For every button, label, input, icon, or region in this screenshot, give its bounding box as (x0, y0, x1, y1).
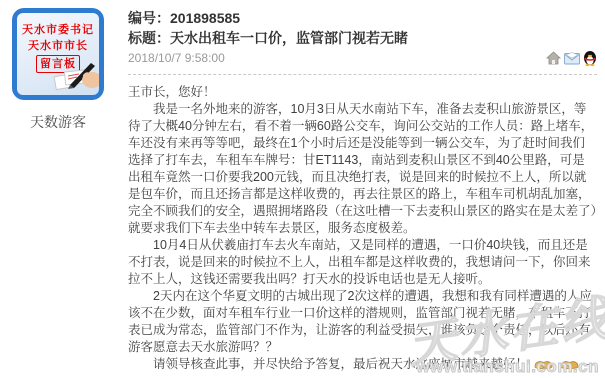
closing-line: 请领导核查此事，并尽快给予答复，最后祝天水这座城市越来越好！ (128, 356, 597, 373)
post-meta-row: 2018/10/7 9:58:00 (128, 48, 597, 68)
closing-text: 请领导核查此事，并尽快给予答复，最后祝天水这座城市越来越好！ (128, 356, 528, 373)
body-paragraph: 王市长，您好！ (128, 84, 597, 101)
mail-icon[interactable] (564, 52, 580, 65)
author-column: 天水市委书记 天水市市长 留言板 天数游客 (12, 8, 128, 378)
post-title-label: 标题： (128, 30, 170, 46)
body-paragraph: 2天内在这个华夏文明的古城出现了2次这样的遭遇，我想和我有同样遭遇的人应该不在少… (128, 288, 597, 356)
body-paragraph: 我是一名外地来的游客，10月3日从天水南站下车，准备去麦积山旅游景区，等待了大概… (128, 101, 597, 237)
author-username: 天数游客 (12, 112, 104, 132)
post-id-line: 编号：201898585 (128, 8, 597, 28)
avatar-text-line: 天水市市长 (17, 38, 99, 54)
post-page: 天水市委书记 天水市市长 留言板 天数游客 (0, 0, 605, 378)
handshake-icon (533, 358, 554, 371)
pen-hand-icon (53, 58, 99, 95)
post-id-label: 编号： (128, 10, 170, 26)
avatar-text-line: 天水市委书记 (17, 22, 99, 38)
avatar[interactable]: 天水市委书记 天水市市长 留言板 (12, 8, 104, 100)
post-body: 王市长，您好！我是一名外地来的游客，10月3日从天水南站下车，准备去麦积山旅游景… (128, 84, 597, 373)
post-title-line: 标题：天水出租车一口价，监管部门视若无睹 (128, 28, 597, 48)
post-id-value: 201898585 (170, 10, 240, 26)
post-timestamp: 2018/10/7 9:58:00 (128, 48, 225, 68)
post-title: 天水出租车一口价，监管部门视若无睹 (170, 30, 408, 46)
post-body-paragraphs: 王市长，您好！我是一名外地来的游客，10月3日从天水南站下车，准备去麦积山旅游景… (128, 84, 597, 356)
handshake-icon (559, 358, 580, 371)
post-header: 编号：201898585 标题：天水出租车一口价，监管部门视若无睹 2018/1… (128, 8, 597, 75)
divider-line (584, 364, 597, 365)
avatar-image: 天水市委书记 天水市市长 留言板 (17, 13, 99, 95)
post-column: 编号：201898585 标题：天水出租车一口价，监管部门视若无睹 2018/1… (128, 8, 597, 378)
home-icon[interactable] (546, 51, 561, 65)
body-paragraph: 10月4日从伏羲庙打车去火车南站，又是同样的遭遇，一口价40块钱，而且还是不打表… (128, 237, 597, 288)
share-icons (546, 50, 597, 66)
qq-icon[interactable] (583, 50, 597, 66)
